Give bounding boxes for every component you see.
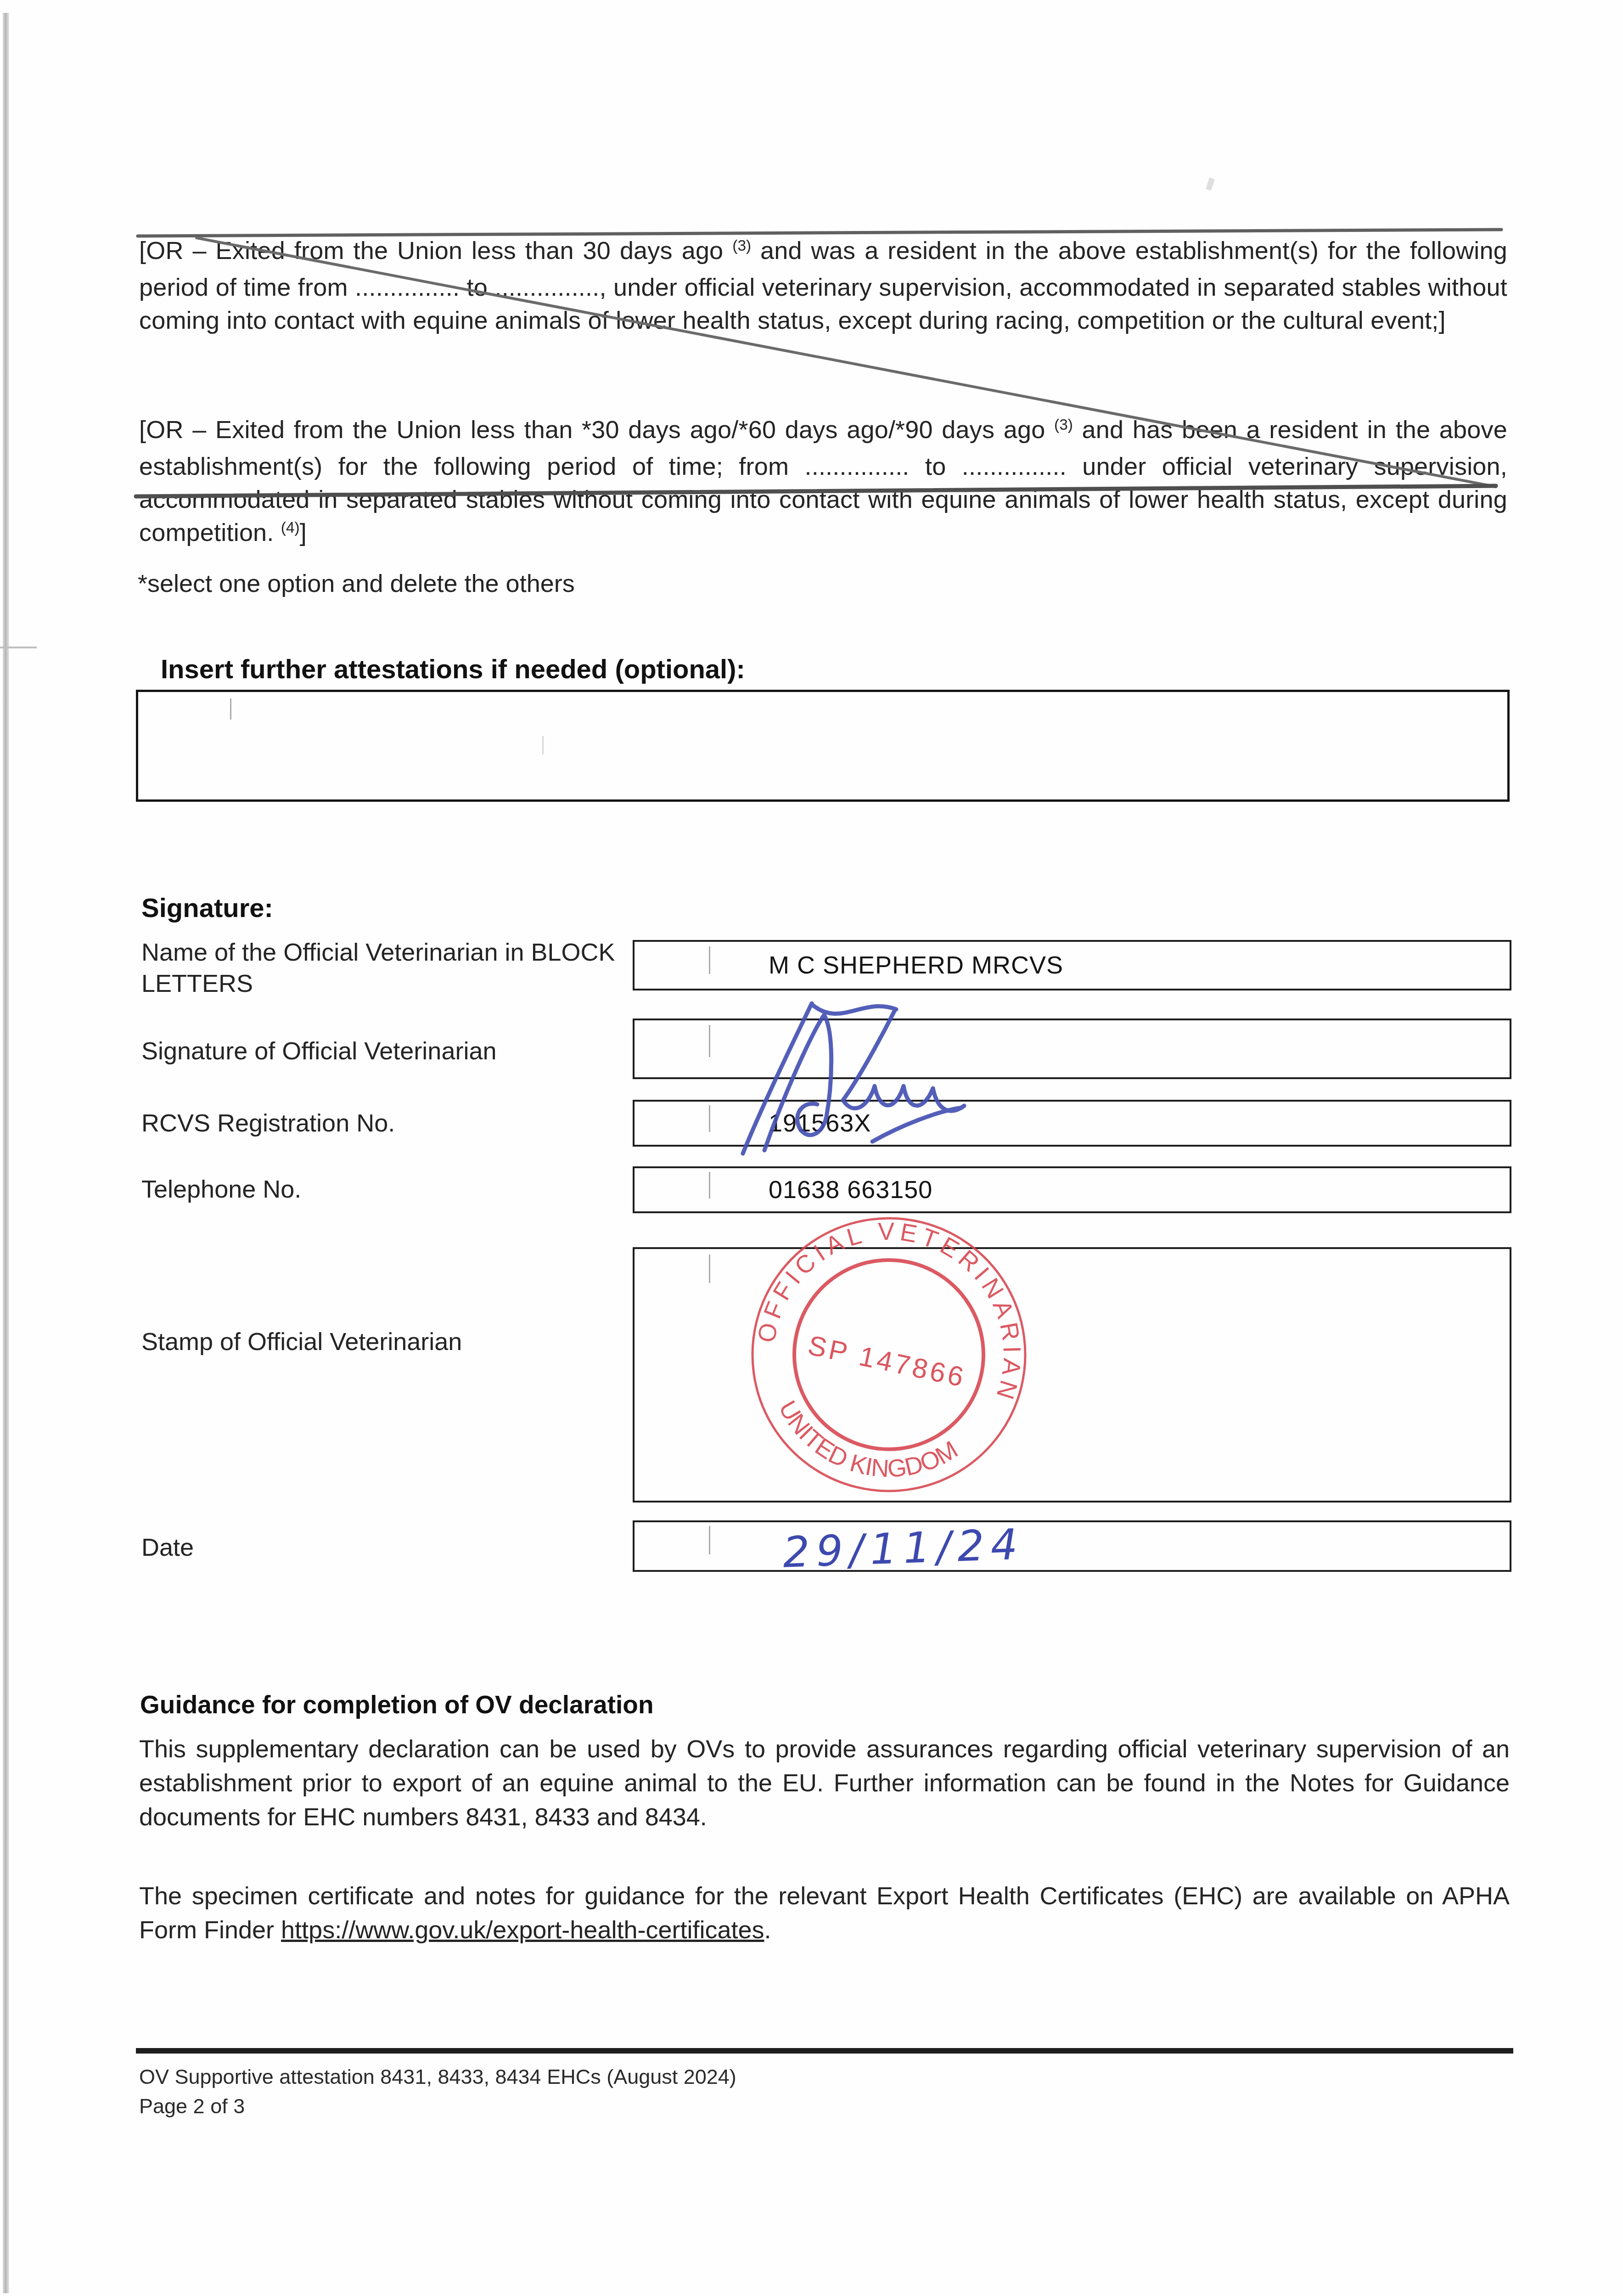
strikeout-lines-overlay [0,0,1623,2296]
scan-tick-artifact [709,1255,710,1283]
name-field-box[interactable]: M C SHEPHERD MRCVS [633,940,1511,990]
scan-smudge-artifact [542,736,544,754]
scan-tick-artifact [0,647,37,648]
attestation-input-box[interactable] [136,690,1510,802]
attestation-heading: Insert further attestations if needed (o… [161,654,745,685]
telephone-field-value: 01638 663150 [635,1176,932,1204]
signature-stroke [812,1004,896,1013]
scan-tick-artifact [709,1025,710,1057]
rcvs-field-label: RCVS Registration No. [141,1108,637,1139]
name-field-label: Name of the Official Veterinarian in BLO… [141,937,637,999]
stamp-field-box[interactable] [633,1247,1511,1503]
footnote-3-superscript: (3) [1054,416,1073,433]
signature-section-heading: Signature: [141,893,273,923]
option-2-closing-bracket: ] [300,519,307,546]
signature-field-box[interactable] [633,1019,1511,1079]
guidance-heading: Guidance for completion of OV declaratio… [140,1690,653,1719]
scan-tick-artifact [709,1105,710,1132]
footer-divider [136,2048,1513,2054]
name-field-value: M C SHEPHERD MRCVS [635,951,1063,979]
option-paragraph-2: [OR – Exited from the Union less than *3… [139,413,1507,553]
scan-tick-artifact [709,1526,710,1554]
specimen-text-end: . [764,1916,771,1944]
specimen-paragraph: The specimen certificate and notes for g… [139,1879,1510,1947]
signature-field-label: Signature of Official Veterinarian [141,1035,637,1067]
stamp-field-label: Stamp of Official Veterinarian [141,1326,637,1357]
footer-page-number: Page 2 of 3 [139,2092,245,2121]
scan-smudge-artifact [1206,178,1214,191]
footnote-4-superscript: (4) [281,519,300,536]
telephone-field-box[interactable]: 01638 663150 [633,1166,1511,1213]
footer-doc-reference: OV Supportive attestation 8431, 8433, 84… [139,2063,736,2091]
guidance-body: This supplementary declaration can be us… [139,1732,1510,1834]
export-health-certificates-link[interactable]: https://www.gov.uk/export-health-certifi… [281,1916,764,1944]
telephone-field-label: Telephone No. [141,1174,637,1205]
document-page: [OR – Exited from the Union less than 30… [0,0,1623,2296]
scan-edge-artifact [3,13,9,2293]
rcvs-field-box[interactable]: 191563X [633,1100,1511,1147]
scan-tick-artifact [709,1172,710,1199]
rcvs-field-value: 191563X [635,1109,871,1137]
date-field-label: Date [141,1532,637,1563]
option-paragraph-1: [OR – Exited from the Union less than 30… [139,234,1507,337]
scan-tick-artifact [709,946,710,974]
option-2-text: [OR – Exited from the Union less than *3… [139,416,1054,444]
option-1-text: [OR – Exited from the Union less than 30… [139,237,732,264]
scan-tick-artifact [230,698,231,720]
select-option-note: *select one option and delete the others [138,569,575,598]
footnote-3-superscript: (3) [732,237,751,254]
